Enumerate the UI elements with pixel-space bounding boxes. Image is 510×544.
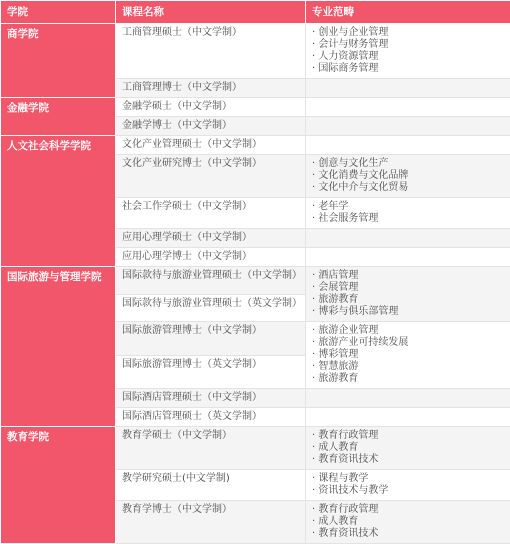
category-item: 教育行政管理 <box>312 504 504 516</box>
category-item: 教育行政管理 <box>312 430 504 442</box>
category-item: 会计与财务管理 <box>312 39 504 51</box>
category-item: 教育资讯技术 <box>312 528 504 540</box>
college-cell-finance: 金融学院 <box>1 98 116 136</box>
category-item: 成人教育 <box>312 442 504 454</box>
header-course-name: 课程名称 <box>116 1 306 24</box>
header-college: 学院 <box>1 1 116 24</box>
category-item: 文化消费与文化品牌 <box>312 170 504 182</box>
college-cell-tourism: 国际旅游与管理学院 <box>1 267 116 427</box>
category-item: 创意与文化生产 <box>312 158 504 170</box>
categories-cell: 课程与教学 资讯技术与教学 <box>306 470 510 501</box>
course-cell: 教育学博士（中文学制） <box>116 501 306 544</box>
category-item: 博彩管理 <box>312 349 504 361</box>
table-row: 教育学院 教育学硕士（中文学制） 教育行政管理 成人教育 教育资讯技术 <box>1 427 510 470</box>
course-cell: 金融学硕士（中文学制） <box>116 98 306 117</box>
course-cell: 文化产业管理硕士（中文学制） <box>116 136 306 155</box>
category-item: 文化中介与文化贸易 <box>312 182 504 194</box>
course-cell: 社会工作学硕士（中文学制） <box>116 198 306 229</box>
categories-cell: 教育行政管理 成人教育 教育资讯技术 <box>306 501 510 544</box>
category-item: 旅游教育 <box>312 294 504 306</box>
programs-table: 学院 课程名称 专业范畴 商学院 工商管理硕士（中文学制） 创业与企业管理 会计… <box>0 0 510 544</box>
category-item: 博彩与俱乐部管理 <box>312 306 504 318</box>
categories-cell: 旅游企业管理 旅游产业可持续发展 博彩管理 智慧旅游 旅游教育 <box>306 322 510 389</box>
course-cell: 教学研究硕士(中文学制) <box>116 470 306 501</box>
course-cell: 工商管理硕士（中文学制） <box>116 24 306 79</box>
category-item: 课程与教学 <box>312 473 504 485</box>
header-category-scope: 专业范畴 <box>306 1 510 24</box>
course-cell: 应用心理学博士（中文学制） <box>116 248 306 267</box>
category-item: 教育资讯技术 <box>312 454 504 466</box>
course-cell: 应用心理学硕士（中文学制） <box>116 229 306 248</box>
course-cell: 国际旅游管理博士（中文学制） <box>116 322 306 356</box>
table-header-row: 学院 课程名称 专业范畴 <box>1 1 510 24</box>
categories-cell-empty <box>306 117 510 136</box>
categories-cell: 创业与企业管理 会计与财务管理 人力资源管理 国际商务管理 <box>306 24 510 79</box>
table-row: 金融学院 金融学硕士（中文学制） <box>1 98 510 117</box>
category-item: 旅游教育 <box>312 373 504 385</box>
categories-cell-empty <box>306 79 510 98</box>
category-item: 会展管理 <box>312 282 504 294</box>
categories-cell: 老年学 社会服务管理 <box>306 198 510 229</box>
college-cell-education: 教育学院 <box>1 427 116 544</box>
categories-cell: 教育行政管理 成人教育 教育资讯技术 <box>306 427 510 470</box>
category-item: 资讯技术与教学 <box>312 485 504 497</box>
college-cell-business: 商学院 <box>1 24 116 98</box>
categories-cell-empty <box>306 389 510 408</box>
categories-cell-empty <box>306 229 510 248</box>
course-cell: 国际酒店管理硕士（中文学制） <box>116 389 306 408</box>
category-item: 创业与企业管理 <box>312 27 504 39</box>
categories-cell-empty <box>306 248 510 267</box>
table-row: 商学院 工商管理硕士（中文学制） 创业与企业管理 会计与财务管理 人力资源管理 … <box>1 24 510 79</box>
course-cell: 文化产业研究博士（中文学制） <box>116 155 306 198</box>
category-item: 社会服务管理 <box>312 213 504 225</box>
course-cell: 国际款待与旅游业管理硕士（中文学制） <box>116 267 306 295</box>
category-item: 人力资源管理 <box>312 51 504 63</box>
category-item: 智慧旅游 <box>312 361 504 373</box>
categories-cell-empty <box>306 136 510 155</box>
category-item: 国际商务管理 <box>312 63 504 75</box>
category-item: 老年学 <box>312 201 504 213</box>
category-item: 旅游产业可持续发展 <box>312 337 504 349</box>
category-item: 成人教育 <box>312 516 504 528</box>
table-row: 国际旅游与管理学院 国际款待与旅游业管理硕士（中文学制） 酒店管理 会展管理 旅… <box>1 267 510 295</box>
categories-cell-empty <box>306 408 510 427</box>
college-cell-humanities: 人文社会科学学院 <box>1 136 116 267</box>
categories-cell: 酒店管理 会展管理 旅游教育 博彩与俱乐部管理 <box>306 267 510 322</box>
course-cell: 工商管理博士（中文学制） <box>116 79 306 98</box>
table-row: 人文社会科学学院 文化产业管理硕士（中文学制） <box>1 136 510 155</box>
course-cell: 金融学博士（中文学制） <box>116 117 306 136</box>
course-cell: 国际款待与旅游业管理硕士（英文学制） <box>116 294 306 322</box>
category-item: 酒店管理 <box>312 270 504 282</box>
course-cell: 国际酒店管理硕士（英文学制） <box>116 408 306 427</box>
categories-cell-empty <box>306 98 510 117</box>
category-item: 旅游企业管理 <box>312 325 504 337</box>
course-cell: 国际旅游管理博士（英文学制） <box>116 355 306 389</box>
categories-cell: 创意与文化生产 文化消费与文化品牌 文化中介与文化贸易 <box>306 155 510 198</box>
course-cell: 教育学硕士（中文学制） <box>116 427 306 470</box>
